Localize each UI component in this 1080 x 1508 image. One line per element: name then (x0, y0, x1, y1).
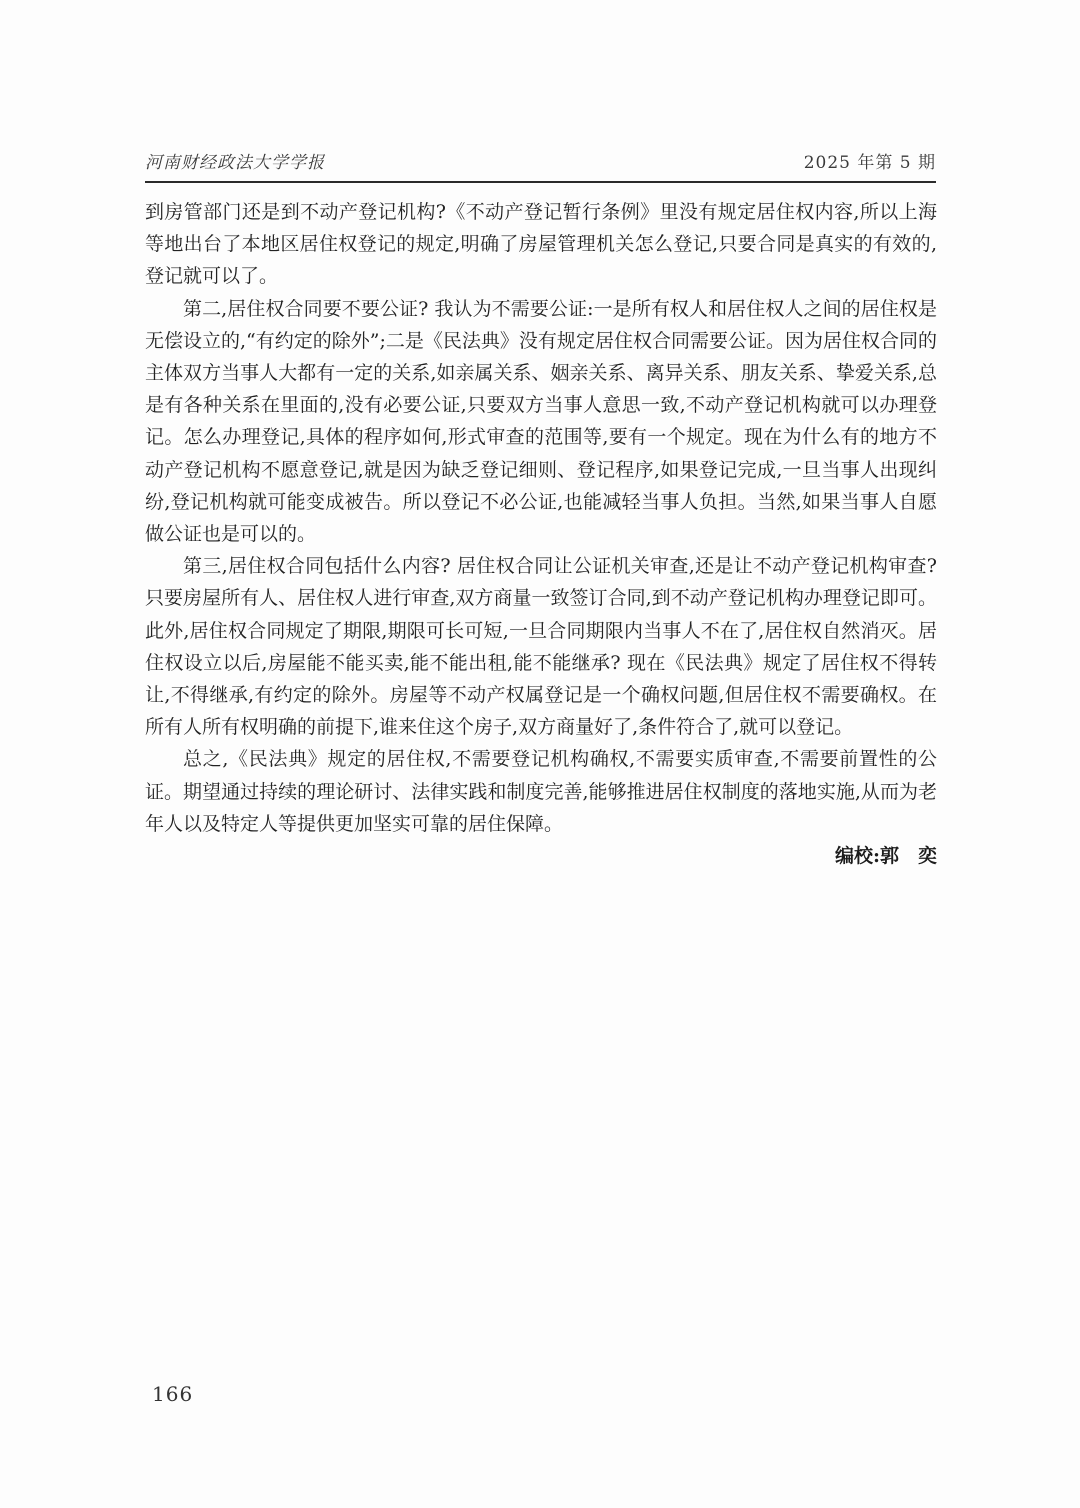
paragraph-second-point: 第二,居住权合同要不要公证? 我认为不需要公证:一是所有权人和居住权人之间的居住… (145, 293, 937, 551)
header-rule (145, 181, 936, 183)
paragraph-third-point: 第三,居住权合同包括什么内容? 居住权合同让公证机关审查,还是让不动产登记机构审… (145, 550, 937, 743)
paragraph-conclusion: 总之,《民法典》规定的居住权,不需要登记机构确权,不需要实质审查,不需要前置性的… (145, 743, 937, 840)
journal-page: 河南财经政法大学学报 2025 年第 5 期 到房管部门还是到不动产登记机构?《… (0, 0, 1080, 1508)
paragraph-continuation: 到房管部门还是到不动产登记机构?《不动产登记暂行条例》里没有规定居住权内容,所以… (145, 196, 937, 293)
page-number: 166 (152, 1382, 193, 1406)
issue-label: 2025 年第 5 期 (804, 148, 936, 173)
running-head: 河南财经政法大学学报 2025 年第 5 期 (145, 148, 936, 173)
editor-credit: 编校:郭 奕 (145, 840, 937, 872)
article-body: 到房管部门还是到不动产登记机构?《不动产登记暂行条例》里没有规定居住权内容,所以… (145, 196, 937, 872)
journal-name: 河南财经政法大学学报 (145, 148, 325, 173)
